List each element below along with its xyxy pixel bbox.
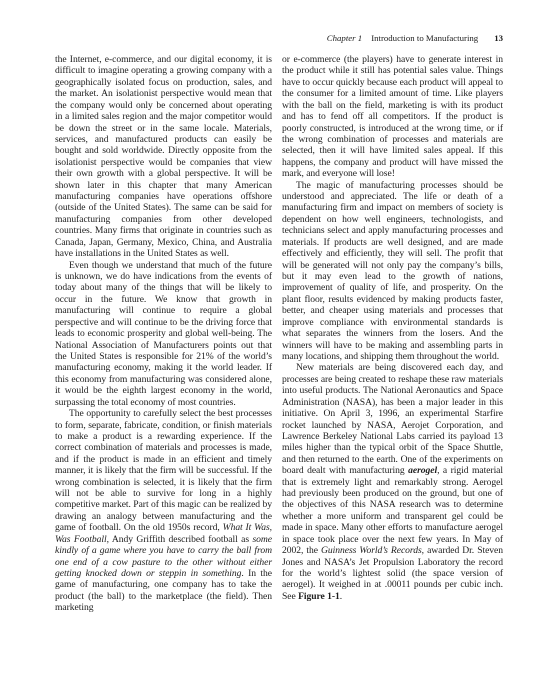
- text-run: the Internet, e-commerce, and our digita…: [55, 54, 272, 259]
- chapter-title: Introduction to Manufacturing: [371, 33, 478, 43]
- text-run: aerogel: [408, 465, 437, 476]
- paragraph: The magic of manufacturing processes sho…: [282, 180, 503, 363]
- chapter-label: Chapter 1: [327, 33, 362, 43]
- text-run: Figure 1-1: [298, 591, 340, 602]
- text-run: The opportunity to carefully select the …: [55, 408, 272, 533]
- text-run: New materials are being discovered each …: [282, 362, 503, 476]
- page-number: 13: [494, 33, 503, 43]
- text-run: , a rigid material that is extremely lig…: [282, 465, 503, 556]
- text-column-right: or e-commerce (the players) have to gene…: [282, 54, 503, 654]
- paragraph: the Internet, e-commerce, and our digita…: [55, 54, 272, 260]
- text-run: The magic of manufacturing processes sho…: [282, 180, 503, 362]
- text-run: or e-commerce (the players) have to gene…: [282, 54, 503, 179]
- text-run: Andy Griffith described football as: [109, 534, 253, 545]
- text-run: .: [340, 591, 342, 602]
- running-header: Chapter 1Introduction to Manufacturing13: [55, 33, 503, 43]
- paragraph: The opportunity to carefully select the …: [55, 408, 272, 614]
- book-page: Chapter 1Introduction to Manufacturing13…: [0, 0, 546, 699]
- paragraph: or e-commerce (the players) have to gene…: [282, 54, 503, 180]
- text-column-left: the Internet, e-commerce, and our digita…: [55, 54, 272, 654]
- body-columns: the Internet, e-commerce, and our digita…: [55, 54, 503, 654]
- text-run: Even though we understand that much of t…: [55, 260, 272, 408]
- paragraph: Even though we understand that much of t…: [55, 260, 272, 408]
- text-run: Guinness World’s Records,: [321, 545, 424, 556]
- paragraph: New materials are being discovered each …: [282, 362, 503, 602]
